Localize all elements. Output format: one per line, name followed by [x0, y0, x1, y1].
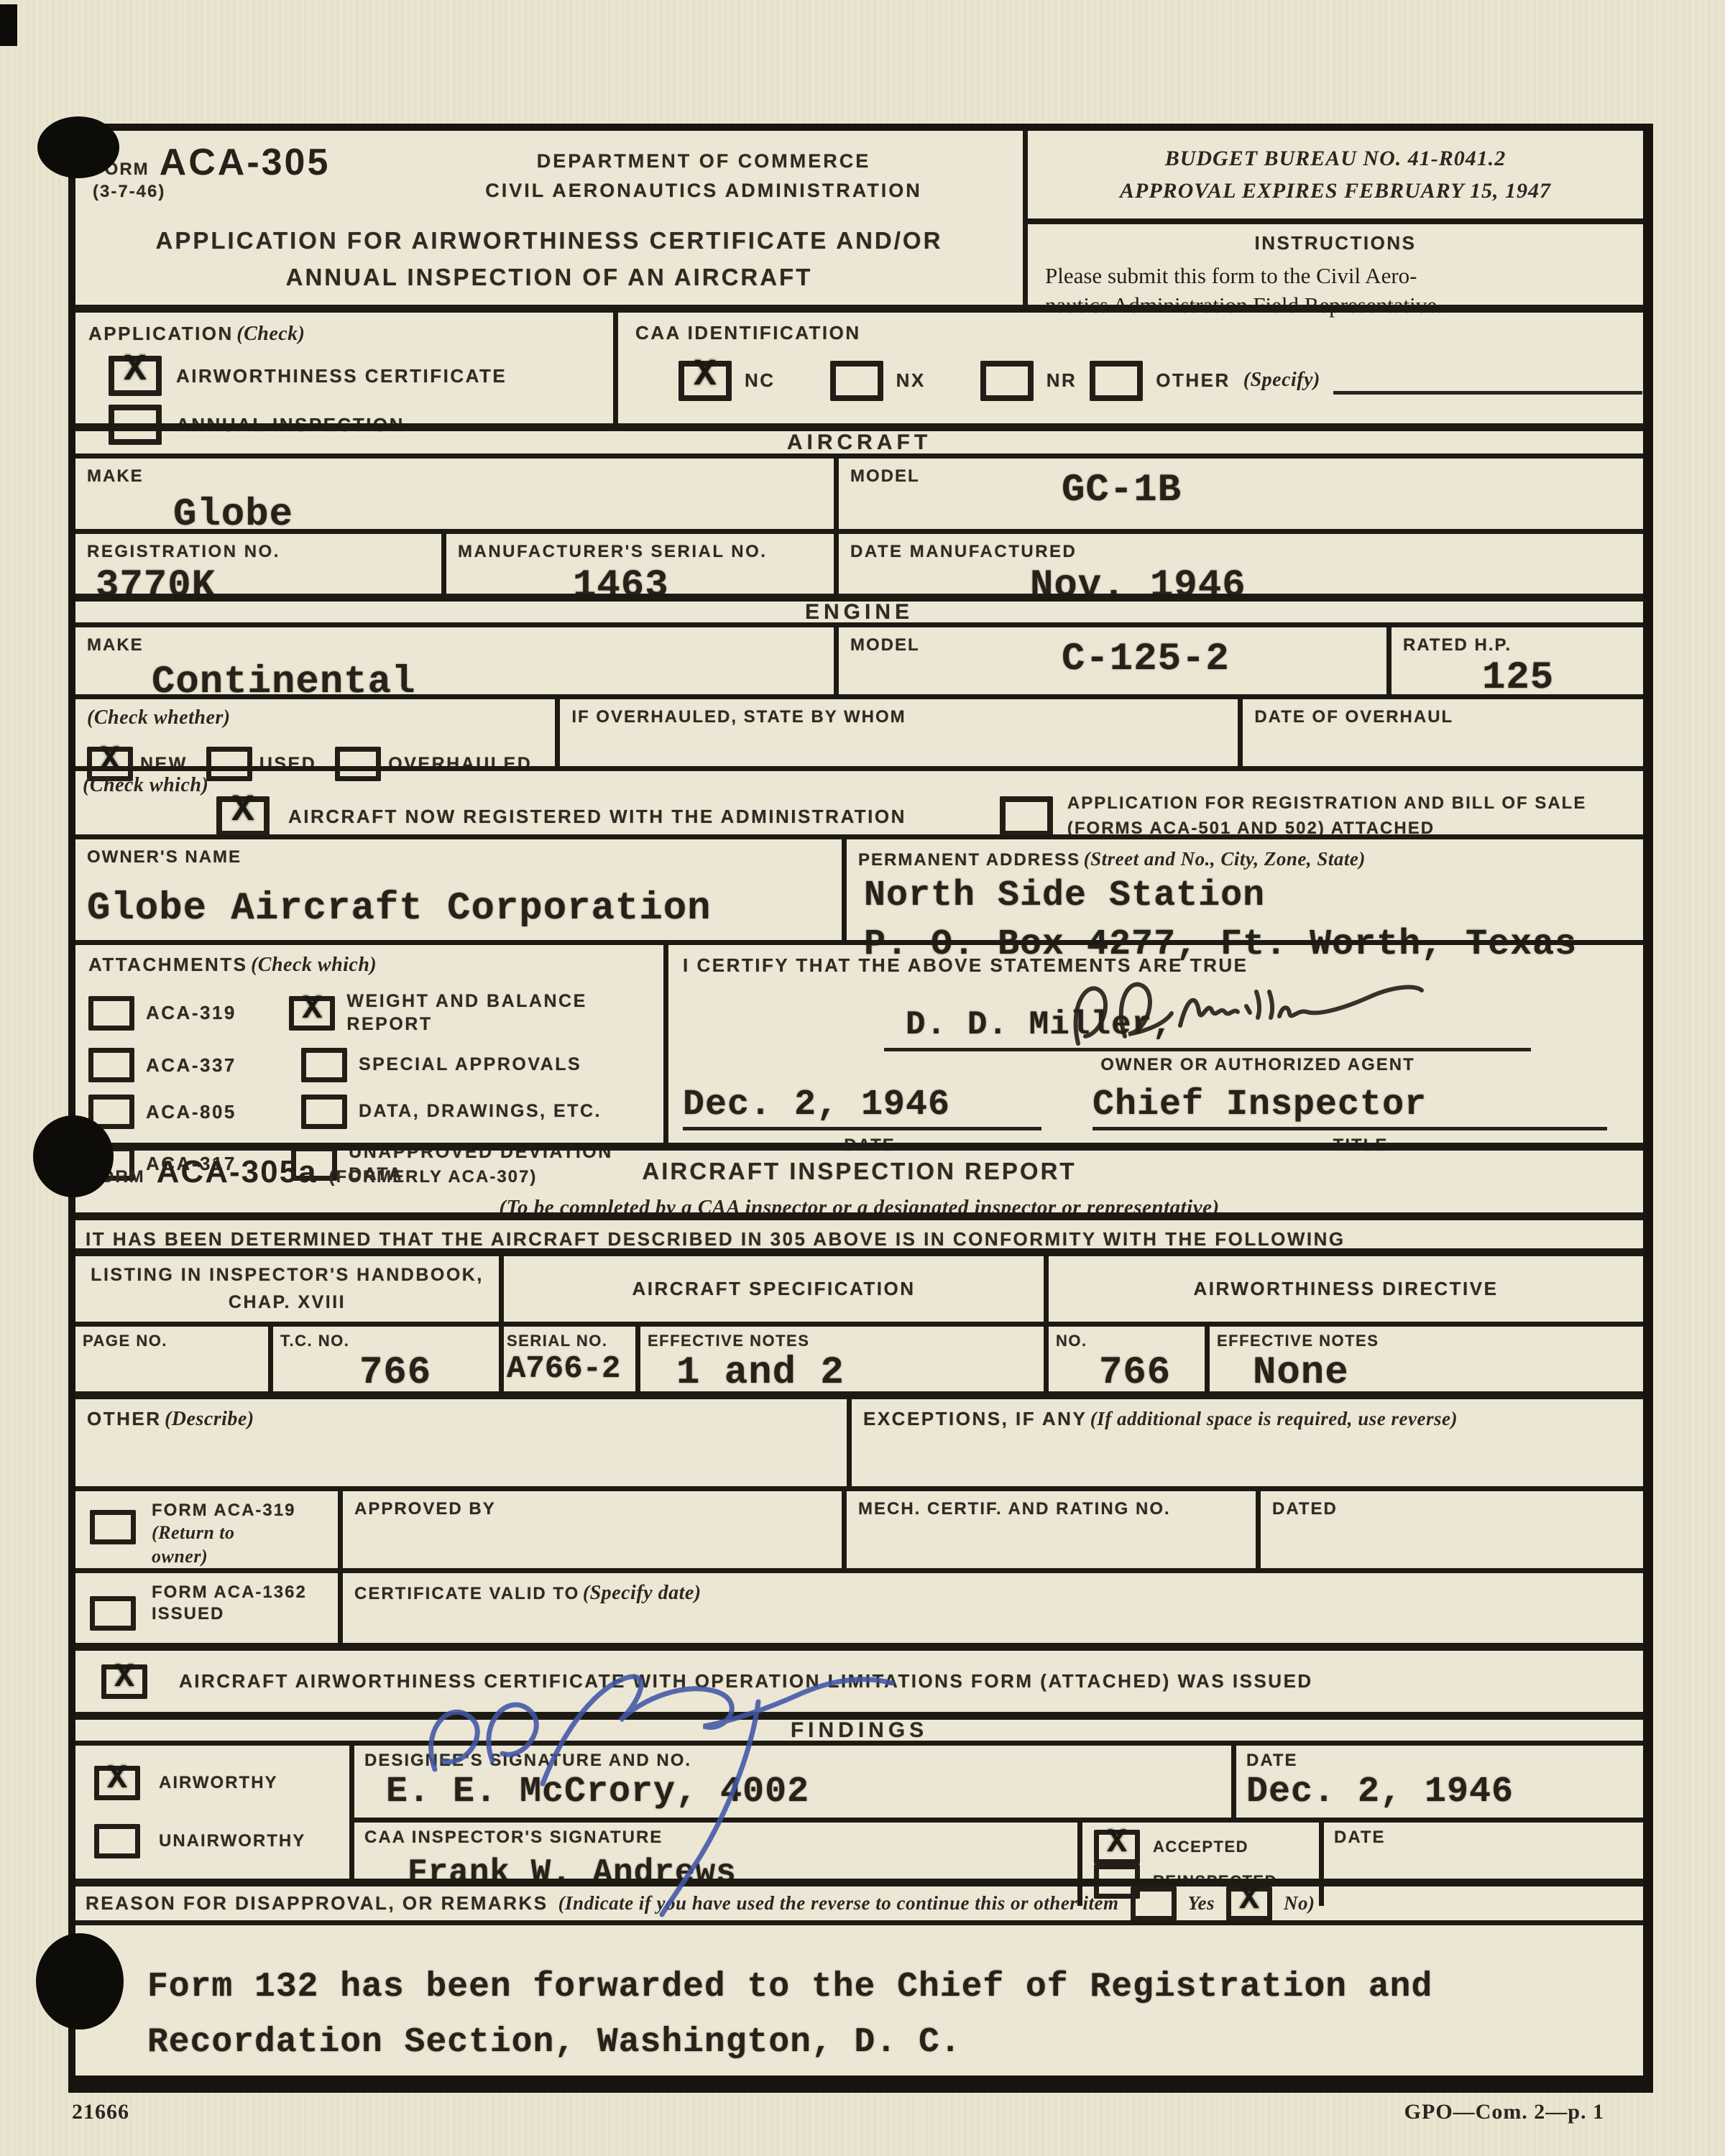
checkbox-special-approvals: [301, 1048, 347, 1082]
approved-by-label: APPROVED BY: [354, 1498, 830, 1520]
mech-certif-cell: MECH. CERTIF. AND RATING NO.: [842, 1491, 1256, 1568]
check-mark: X: [99, 1762, 135, 1795]
checkbox-nc: X: [678, 361, 732, 401]
airworthiness-directive-header-cell: AIRWORTHINESS DIRECTIVE: [1044, 1256, 1643, 1322]
unairworthy-label: UNAIRWORTHY: [159, 1830, 305, 1852]
registration-label: REGISTRATION NO.: [87, 541, 430, 563]
other-hint: (Describe): [165, 1408, 254, 1430]
checkbox-data-drawings: [301, 1095, 347, 1129]
check-which-hint: (Check which): [83, 773, 208, 798]
rated-hp-cell: RATED H.P. 125: [1386, 627, 1643, 694]
checkbox-reverse-no: X: [1226, 1886, 1272, 1921]
engine-section-band: ENGINE: [75, 594, 1643, 622]
designee-signature-label: DESIGNEE'S SIGNATURE AND NO.: [364, 1750, 1221, 1772]
accepted-label: ACCEPTED: [1153, 1837, 1248, 1857]
no-label: No): [1284, 1891, 1315, 1916]
attachment-form-label: ACA-805: [146, 1100, 282, 1124]
caa-identification-label: CAA IDENTIFICATION: [635, 321, 1642, 345]
spec-serial-value: A766-2: [507, 1351, 632, 1388]
registration-cell: REGISTRATION NO. 3770K: [75, 534, 441, 594]
designee-typed-name: E. E. McCrory, 4002: [386, 1772, 1221, 1813]
header-left: FORM ACA-305 (3-7-46) DEPARTMENT OF COMM…: [75, 131, 1023, 305]
aca-319-cell: FORM ACA-319 (Return to owner): [75, 1491, 338, 1568]
check-mark: X: [1231, 1883, 1267, 1916]
attachments-group: ATTACHMENTS (Check which) ACA-319 X WEIG…: [75, 945, 663, 1143]
print-order-number: 21666: [72, 2100, 129, 2124]
designee-date-cell: DATE Dec. 2, 1946: [1231, 1746, 1643, 1818]
checkbox-registered: X: [216, 796, 270, 837]
bill-of-sale-label-line1: APPLICATION FOR REGISTRATION AND BILL OF…: [1067, 791, 1586, 816]
owner-address-cell: PERMANENT ADDRESS (Street and No., City,…: [842, 839, 1643, 940]
check-mark: X: [106, 1661, 142, 1694]
form-title-line1: APPLICATION FOR AIRWORTHINESS CERTIFICAT…: [93, 222, 1006, 259]
accepted-option: X ACCEPTED: [1094, 1830, 1319, 1864]
checkbox-certificate-issued: X: [101, 1664, 147, 1699]
budget-bureau-box: BUDGET BUREAU NO. 41-R041.2 APPROVAL EXP…: [1028, 131, 1643, 224]
application-check-group: APPLICATION (Check) X AIRWORTHINESS CERT…: [75, 313, 613, 423]
aircraft-section-title: AIRCRAFT: [787, 429, 931, 456]
aircraft-make-model-row: MAKE Globe MODEL GC-1B: [75, 453, 1643, 529]
registered-option: X AIRCRAFT NOW REGISTERED WITH THE ADMIN…: [216, 796, 906, 837]
form-number-block: FORM ACA-305 (3-7-46): [93, 144, 402, 205]
certificate-valid-label: CERTIFICATE VALID TO: [354, 1584, 579, 1603]
address-label: PERMANENT ADDRESS: [858, 850, 1080, 870]
listing-header-cell: LISTING IN INSPECTOR'S HANDBOOK, CHAP. X…: [75, 1256, 499, 1322]
aircraft-specification-header-cell: AIRCRAFT SPECIFICATION: [499, 1256, 1044, 1322]
findings-section-title: FINDINGS: [791, 1717, 928, 1744]
airworthiness-verdict-group: X AIRWORTHY UNAIRWORTHY: [75, 1746, 349, 1879]
remarks-area: Form 132 has been forwarded to the Chief…: [75, 1920, 1643, 2076]
exceptions-cell: EXCEPTIONS, IF ANY (If additional space …: [847, 1399, 1643, 1486]
title-line: [1092, 1127, 1607, 1130]
dated-label: DATED: [1272, 1498, 1632, 1520]
form-title-line2: ANNUAL INSPECTION OF AN AIRCRAFT: [93, 259, 1006, 295]
owner-name-cell: OWNER'S NAME Globe Aircraft Corporation: [75, 839, 842, 940]
designee-date-value: Dec. 2, 1946: [1246, 1772, 1633, 1813]
listing-header-line1: LISTING IN INSPECTOR'S HANDBOOK,: [87, 1262, 487, 1289]
date-manufactured-label: DATE MANUFACTURED: [850, 541, 1632, 563]
application-section: APPLICATION (Check) X AIRWORTHINESS CERT…: [75, 305, 1643, 423]
spec-table-header-row: LISTING IN INSPECTOR'S HANDBOOK, CHAP. X…: [75, 1248, 1643, 1322]
owner-row: OWNER'S NAME Globe Aircraft Corporation …: [75, 834, 1643, 940]
inspector-date-label: DATE: [1334, 1827, 1633, 1848]
department-line2: CIVIL AERONAUTICS ADMINISTRATION: [402, 176, 1006, 206]
spec-table-values-row: PAGE NO. T.C. NO. 766 SERIAL NO. A766-2 …: [75, 1322, 1643, 1391]
option-label: AIRWORTHINESS CERTIFICATE: [176, 364, 507, 388]
aircraft-model-value: GC-1B: [1062, 469, 1182, 513]
determination-band: IT HAS BEEN DETERMINED THAT THE AIRCRAFT…: [75, 1212, 1643, 1248]
reason-hint: (Indicate if you have used the reverse t…: [558, 1891, 1119, 1916]
owner-name-label: OWNER'S NAME: [87, 847, 830, 868]
directive-no-cell: NO. 766: [1044, 1327, 1205, 1391]
punch-hole: [33, 1115, 114, 1197]
attachment-row: ACA-337 SPECIAL APPROVALS: [88, 1048, 650, 1082]
form-number: ACA-305: [160, 144, 331, 181]
approval-expires: APPROVAL EXPIRES FEBRUARY 15, 1947: [1034, 175, 1637, 207]
certification-title-value: Chief Inspector: [1092, 1084, 1629, 1126]
check-mark: X: [1099, 1826, 1135, 1859]
aircraft-model-cell: MODEL GC-1B: [834, 459, 1643, 529]
owner-name-value: Globe Aircraft Corporation: [87, 887, 830, 931]
aircraft-make-label: MAKE: [87, 466, 822, 487]
attachment-desc-label: DATA, DRAWINGS, ETC.: [359, 1100, 602, 1123]
form-header: FORM ACA-305 (3-7-46) DEPARTMENT OF COMM…: [75, 131, 1643, 305]
airworthy-label: AIRWORTHY: [159, 1772, 278, 1794]
findings-band: FINDINGS: [75, 1712, 1643, 1741]
scanned-document-page: FORM ACA-305 (3-7-46) DEPARTMENT OF COMM…: [0, 0, 1725, 2156]
check-mark: X: [222, 792, 264, 829]
directive-notes-value: None: [1253, 1351, 1636, 1396]
spec-notes-value: 1 and 2: [676, 1351, 1036, 1396]
checkbox-nr: [980, 361, 1034, 401]
findings-body: X AIRWORTHY UNAIRWORTHY DESIGNEE'S SIGNA…: [75, 1741, 1643, 1879]
engine-section-title: ENGINE: [805, 599, 914, 626]
check-mark: X: [114, 351, 156, 389]
attachments-hint: (Check which): [251, 954, 377, 976]
tc-no-label: T.C. NO.: [280, 1331, 492, 1351]
other-specify-blank: [1333, 367, 1642, 395]
registration-status-row: (Check which) X AIRCRAFT NOW REGISTERED …: [75, 766, 1643, 834]
checkbox-aca-319: [88, 996, 134, 1031]
aca-319-row: FORM ACA-319 (Return to owner) APPROVED …: [75, 1486, 1643, 1568]
attachment-row: ACA-319 X WEIGHT AND BALANCE REPORT: [88, 990, 650, 1036]
form-305a-number-block: FORM ACA-305a (FORMERLY ACA-307): [88, 1156, 537, 1188]
registered-label: AIRCRAFT NOW REGISTERED WITH THE ADMINIS…: [288, 805, 906, 829]
spec-notes-cell: EFFECTIVE NOTES 1 and 2: [635, 1327, 1044, 1391]
date-line: [683, 1127, 1041, 1130]
registration-status-group: (Check which) X AIRCRAFT NOW REGISTERED …: [75, 771, 1643, 834]
certificate-issued-row: X AIRCRAFT AIRWORTHINESS CERTIFICATE WIT…: [75, 1643, 1643, 1712]
spec-serial-cell: SERIAL NO. A766-2: [499, 1327, 635, 1391]
punch-hole: [37, 116, 119, 178]
overhauled-by-label: IF OVERHAULED, STATE BY WHOM: [571, 706, 1226, 728]
directive-no-value: 766: [1099, 1351, 1197, 1396]
aircraft-model-label: MODEL: [850, 466, 1632, 487]
tc-no-value: 766: [359, 1351, 492, 1396]
reason-remarks-band: REASON FOR DISAPPROVAL, OR REMARKS (Indi…: [75, 1879, 1643, 1920]
specify-date-hint: (Specify date): [583, 1582, 701, 1604]
form-305a-number: ACA-305a: [157, 1156, 318, 1188]
attachment-row: ACA-805 DATA, DRAWINGS, ETC.: [88, 1095, 650, 1129]
checkbox-aca-337: [88, 1048, 134, 1082]
option-nc-label: NC: [745, 369, 776, 392]
airworthy-option: X AIRWORTHY: [94, 1766, 349, 1800]
other-exceptions-row: OTHER (Describe) EXCEPTIONS, IF ANY (If …: [75, 1391, 1643, 1486]
dated-cell: DATED: [1256, 1491, 1643, 1568]
aircraft-make-cell: MAKE Globe: [75, 459, 834, 529]
designee-date-label: DATE: [1246, 1750, 1633, 1772]
aircraft-registration-row: REGISTRATION NO. 3770K MANUFACTURER'S SE…: [75, 529, 1643, 594]
option-nr-label: NR: [1046, 369, 1077, 392]
scan-edge-artifact: [0, 4, 17, 46]
form-aca-319-label: FORM ACA-319: [152, 1501, 295, 1520]
option-airworthiness-certificate: X AIRWORTHINESS CERTIFICATE: [109, 356, 600, 396]
caa-inspector-signature-label: CAA INSPECTOR'S SIGNATURE: [364, 1827, 1067, 1848]
certification-group: I CERTIFY THAT THE ABOVE STATEMENTS ARE …: [663, 945, 1643, 1143]
owner-signed-name: D. D. Miller,: [906, 1006, 1173, 1044]
issued-word-label: ISSUED: [152, 1603, 307, 1625]
engine-model-value: C-125-2: [1062, 637, 1230, 682]
other-describe-cell: OTHER (Describe): [75, 1399, 847, 1486]
checkbox-weight-balance: X: [289, 996, 335, 1031]
instructions-title: INSTRUCTIONS: [1045, 231, 1626, 255]
attachment-desc-label: WEIGHT AND BALANCE REPORT: [346, 990, 650, 1036]
determination-statement: IT HAS BEEN DETERMINED THAT THE AIRCRAFT…: [86, 1227, 1345, 1248]
overhaul-date-cell: DATE OF OVERHAUL: [1238, 699, 1643, 766]
aircraft-specification-header: AIRCRAFT SPECIFICATION: [632, 1277, 916, 1301]
form-title: APPLICATION FOR AIRWORTHINESS CERTIFICAT…: [93, 222, 1006, 295]
attachments-label: ATTACHMENTS: [88, 954, 248, 975]
engine-make-cell: MAKE Continental: [75, 627, 834, 694]
other-label: OTHER: [87, 1408, 162, 1429]
serial-label: MANUFACTURER'S SERIAL NO.: [458, 541, 822, 563]
form-revision-date: (3-7-46): [93, 181, 402, 203]
other-specify-hint: (Specify): [1243, 367, 1320, 393]
spec-notes-label: EFFECTIVE NOTES: [648, 1331, 1036, 1351]
checkbox-accepted: X: [1094, 1830, 1140, 1864]
aircraft-section-band: AIRCRAFT: [75, 423, 1643, 453]
condition-check-group: (Check whether) X NEW USED OVERHAULED: [75, 699, 555, 766]
date-manufactured-cell: DATE MANUFACTURED Nov. 1946: [834, 534, 1643, 594]
department-line1: DEPARTMENT OF COMMERCE: [402, 147, 1006, 176]
check-mark: X: [684, 356, 726, 394]
rated-hp-label: RATED H.P.: [1403, 635, 1632, 656]
exceptions-hint: (If additional space is required, use re…: [1090, 1408, 1458, 1429]
application-label: APPLICATION: [88, 323, 234, 344]
attachment-form-label: ACA-337: [146, 1054, 282, 1077]
directive-notes-cell: EFFECTIVE NOTES None: [1205, 1327, 1643, 1391]
overhaul-date-label: DATE OF OVERHAUL: [1254, 706, 1632, 728]
option-other-label: OTHER: [1156, 369, 1230, 392]
tc-no-cell: T.C. NO. 766: [268, 1327, 499, 1391]
mech-certif-label: MECH. CERTIF. AND RATING NO.: [858, 1498, 1244, 1520]
return-to-owner-hint: (Return to owner): [152, 1521, 281, 1568]
overhauled-by-cell: IF OVERHAULED, STATE BY WHOM: [555, 699, 1238, 766]
remarks-line2: Recordation Section, Washington, D. C.: [147, 2015, 1643, 2070]
checkbox-other: [1090, 361, 1143, 401]
yes-label: Yes: [1188, 1891, 1215, 1916]
checkbox-form-aca-319: [90, 1510, 136, 1544]
checkbox-bill-of-sale: [1000, 796, 1053, 837]
approved-by-cell: APPROVED BY: [338, 1491, 842, 1568]
certificate-issued-label: AIRCRAFT AIRWORTHINESS CERTIFICATE WITH …: [179, 1669, 1313, 1693]
attachment-form-label: ACA-319: [146, 1001, 270, 1025]
check-mark: X: [294, 992, 330, 1026]
engine-condition-row: (Check whether) X NEW USED OVERHAULED IF…: [75, 694, 1643, 766]
punch-hole: [36, 1933, 124, 2030]
checkbox-nx: [830, 361, 883, 401]
checkbox-unairworthy: [94, 1824, 140, 1858]
listing-header-line2: CHAP. XVIII: [87, 1289, 487, 1317]
directive-notes-label: EFFECTIVE NOTES: [1217, 1331, 1636, 1351]
address-hint: (Street and No., City, Zone, State): [1084, 848, 1366, 870]
attachments-certification-row: ATTACHMENTS (Check which) ACA-319 X WEIG…: [75, 940, 1643, 1143]
directive-no-label: NO.: [1056, 1331, 1197, 1351]
caa-identification-group: CAA IDENTIFICATION X NC NX NR OTHER (Spe…: [613, 313, 1660, 423]
reason-label: REASON FOR DISAPPROVAL, OR REMARKS: [86, 1892, 548, 1915]
inspection-report-header: FORM ACA-305a (FORMERLY ACA-307) AIRCRAF…: [75, 1143, 1643, 1212]
remarks-line1: Form 132 has been forwarded to the Chief…: [147, 1960, 1643, 2015]
department-block: DEPARTMENT OF COMMERCE CIVIL AERONAUTICS…: [402, 144, 1006, 205]
serial-cell: MANUFACTURER'S SERIAL NO. 1463: [441, 534, 834, 594]
checkbox-airworthy: X: [94, 1766, 140, 1800]
page-no-label: PAGE NO.: [83, 1331, 261, 1351]
certification-date-value: Dec. 2, 1946: [683, 1084, 1057, 1126]
airworthiness-directive-header: AIRWORTHINESS DIRECTIVE: [1194, 1277, 1499, 1301]
engine-make-model-row: MAKE Continental MODEL C-125-2 RATED H.P…: [75, 622, 1643, 694]
exceptions-label: EXCEPTIONS, IF ANY: [863, 1408, 1087, 1429]
budget-bureau-no: BUDGET BUREAU NO. 41-R041.2: [1034, 142, 1637, 175]
aca-1362-cell: FORM ACA-1362 ISSUED: [75, 1573, 338, 1643]
instructions-line1: Please submit this form to the Civil Aer…: [1045, 263, 1417, 288]
address-line1: North Side Station: [864, 872, 1632, 921]
spec-serial-label: SERIAL NO.: [507, 1331, 632, 1351]
checkbox-airworthiness-certificate: X: [109, 356, 162, 396]
check-whether-hint: (Check whether): [87, 705, 543, 731]
checkbox-reverse-yes: [1131, 1886, 1177, 1921]
engine-model-cell: MODEL C-125-2: [834, 627, 1386, 694]
form-aca-1362-label: FORM ACA-1362: [152, 1582, 307, 1603]
form-aca-305: FORM ACA-305 (3-7-46) DEPARTMENT OF COMM…: [68, 124, 1653, 2093]
application-hint: (Check): [236, 323, 305, 345]
engine-make-label: MAKE: [87, 635, 822, 656]
checkbox-form-aca-1362: [90, 1596, 136, 1631]
attachment-desc-label: SPECIAL APPROVALS: [359, 1054, 581, 1076]
option-nx-label: NX: [896, 369, 926, 392]
gpo-imprint: GPO—Com. 2—p. 1: [1404, 2100, 1604, 2124]
formerly-label: (FORMERLY ACA-307): [329, 1166, 538, 1188]
designee-signature-cell: DESIGNEE'S SIGNATURE AND NO. E. E. McCro…: [354, 1746, 1231, 1818]
unairworthy-option: UNAIRWORTHY: [94, 1824, 349, 1858]
aca-1362-row: FORM ACA-1362 ISSUED CERTIFICATE VALID T…: [75, 1568, 1643, 1643]
page-no-cell: PAGE NO.: [75, 1327, 268, 1391]
certificate-valid-cell: CERTIFICATE VALID TO (Specify date): [338, 1573, 1643, 1643]
header-right: BUDGET BUREAU NO. 41-R041.2 APPROVAL EXP…: [1023, 131, 1643, 305]
